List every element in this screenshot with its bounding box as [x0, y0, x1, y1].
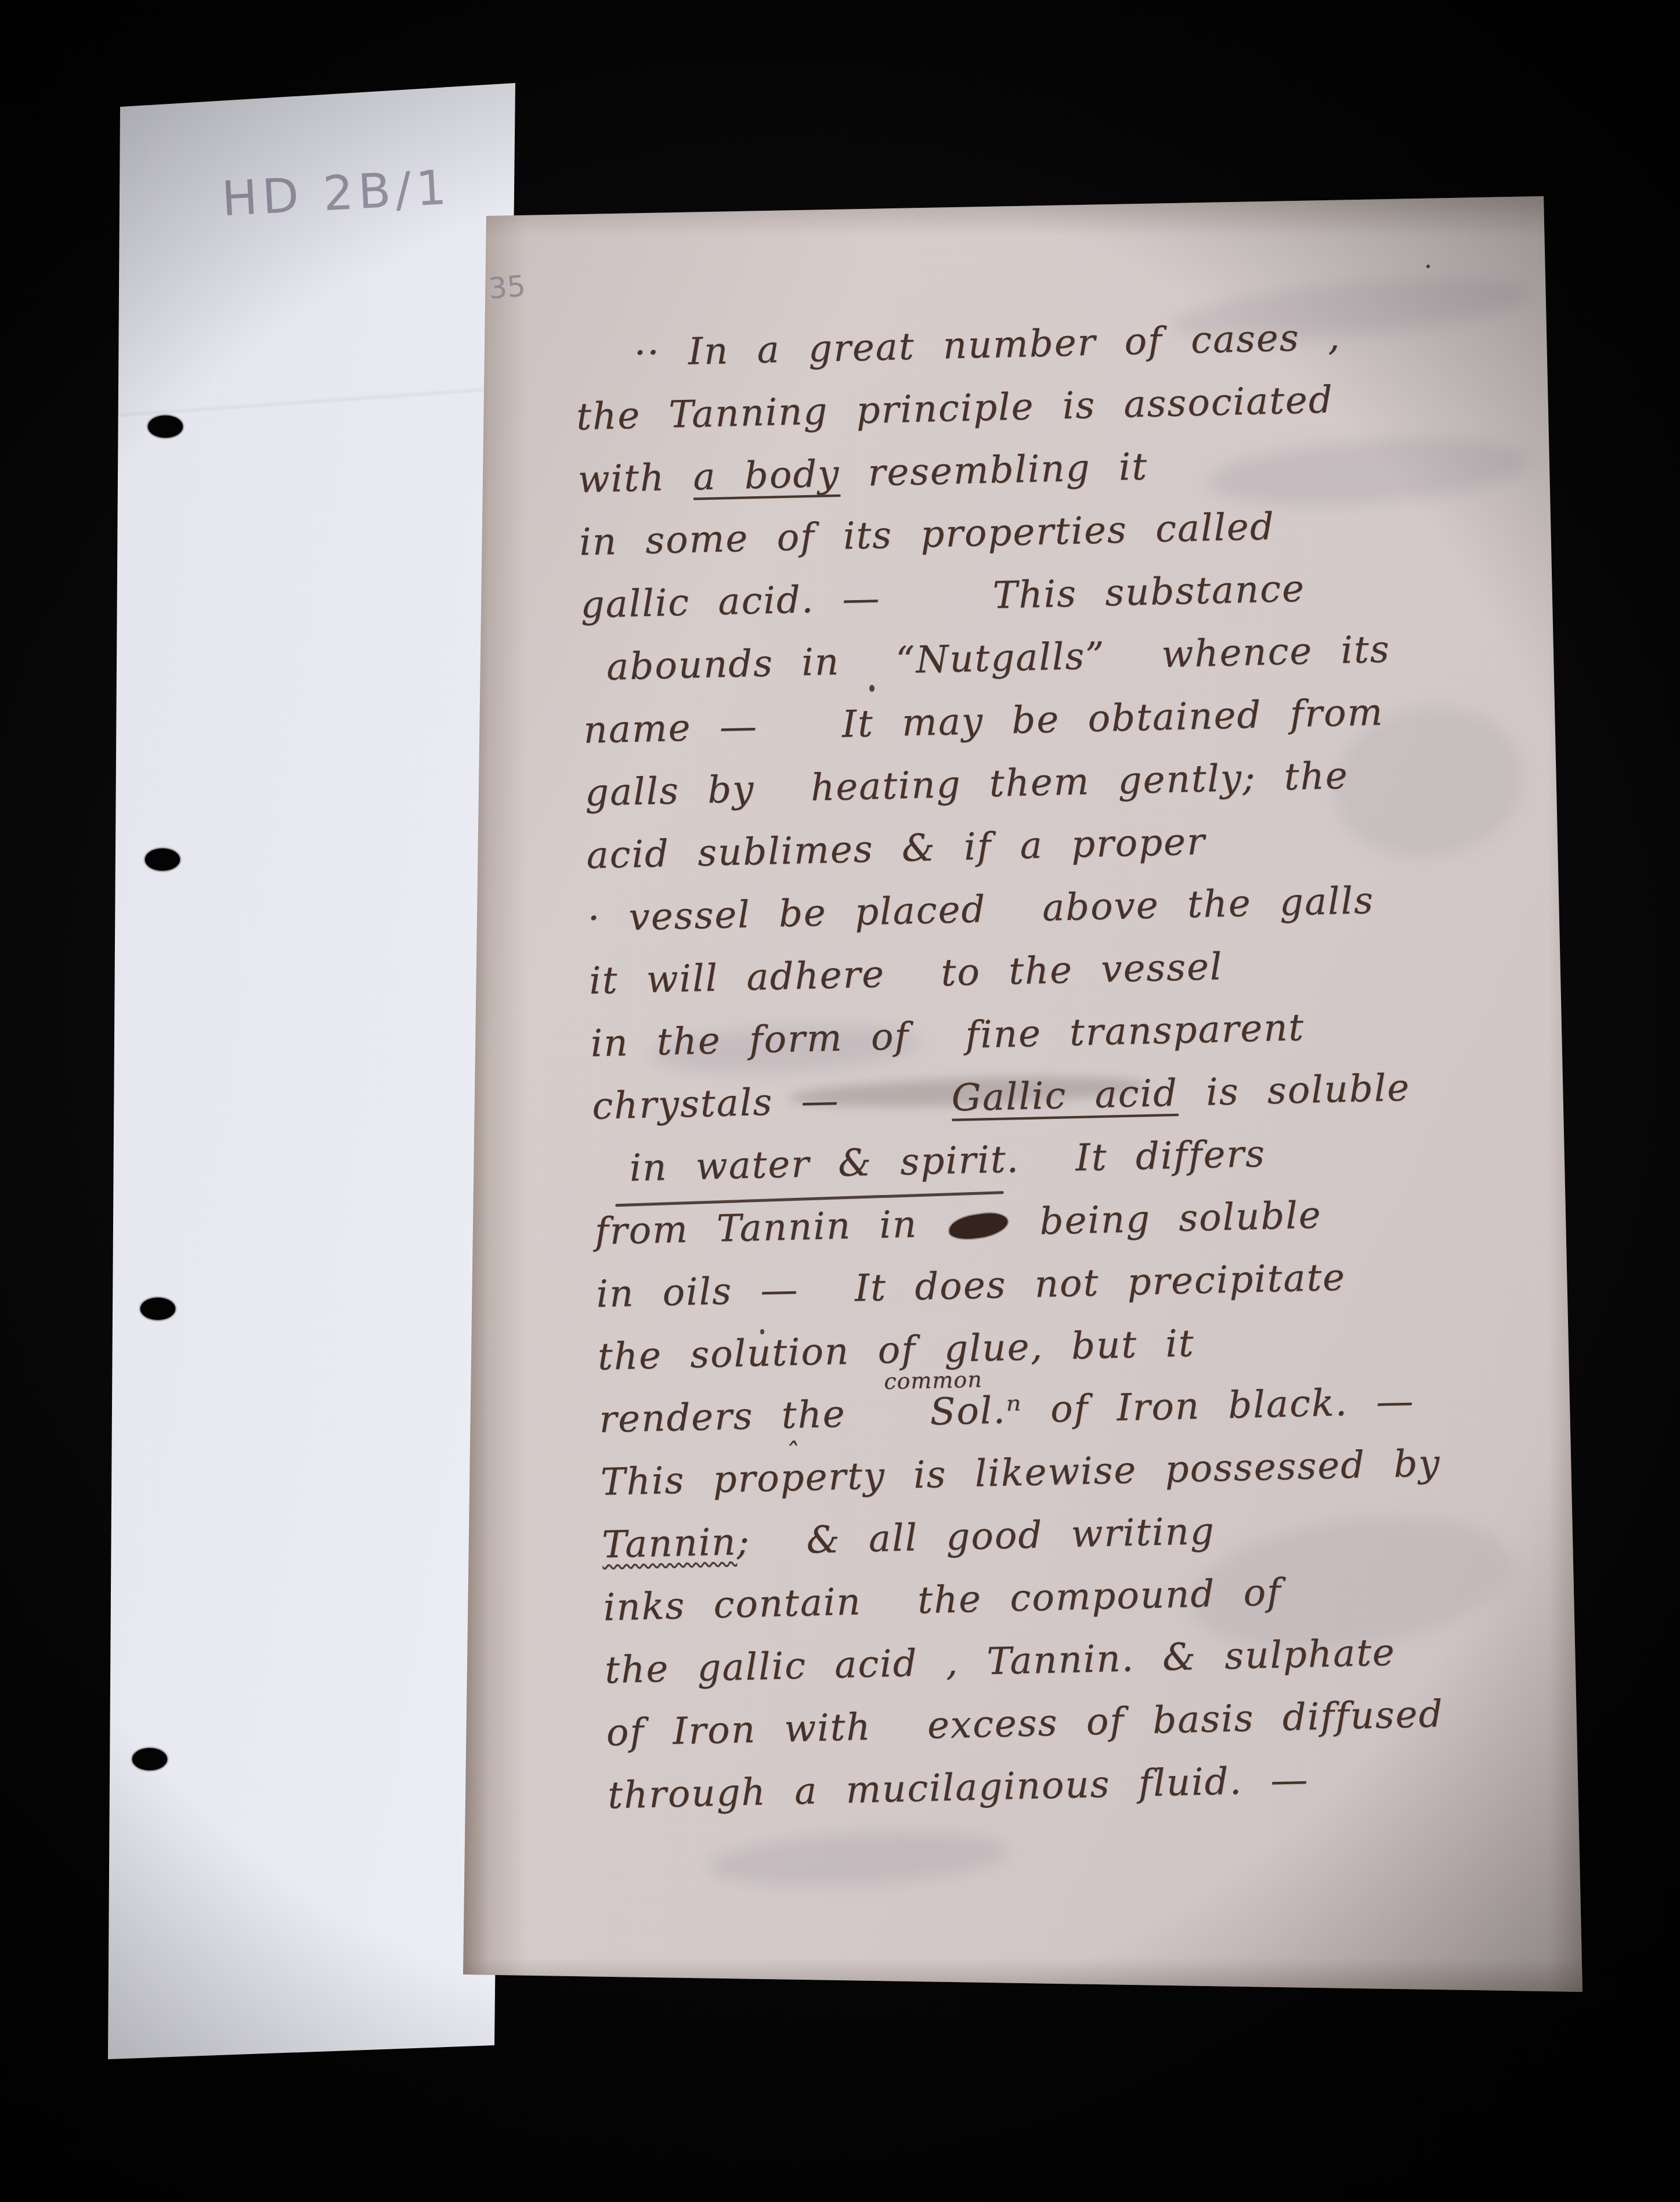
paper-speck	[1426, 265, 1430, 268]
manuscript-page: 35 ·· In a great number of cases , the T…	[463, 196, 1584, 1993]
manuscript-text: ·· In a great number of cases , the Tann…	[575, 312, 1548, 1837]
underlined-text: a body	[692, 453, 840, 499]
paper-crease	[111, 387, 516, 420]
pencil-reference: HD 2B/1	[221, 160, 453, 228]
insertion-caret: ˆ	[784, 1437, 799, 1469]
page-edge-shadow	[1549, 196, 1584, 1993]
punch-hole	[140, 1298, 175, 1320]
scribble-blob	[948, 1210, 1010, 1241]
punch-hole	[132, 1748, 167, 1770]
wavy-underlined-text: Tannin	[602, 1521, 738, 1566]
punch-hole	[148, 416, 183, 438]
page-number: 35	[487, 269, 527, 305]
underlined-text: Gallic acid	[951, 1072, 1179, 1120]
page-edge-shadow	[463, 1958, 1584, 1993]
inserted-word: common	[884, 1367, 983, 1395]
punch-hole	[145, 849, 180, 871]
show-through-smudge	[706, 1825, 1010, 1893]
photo-stage: HD 2B/1 35 ·· In a great number of cases…	[0, 0, 1680, 2202]
page-edge-shadow	[463, 196, 1584, 237]
